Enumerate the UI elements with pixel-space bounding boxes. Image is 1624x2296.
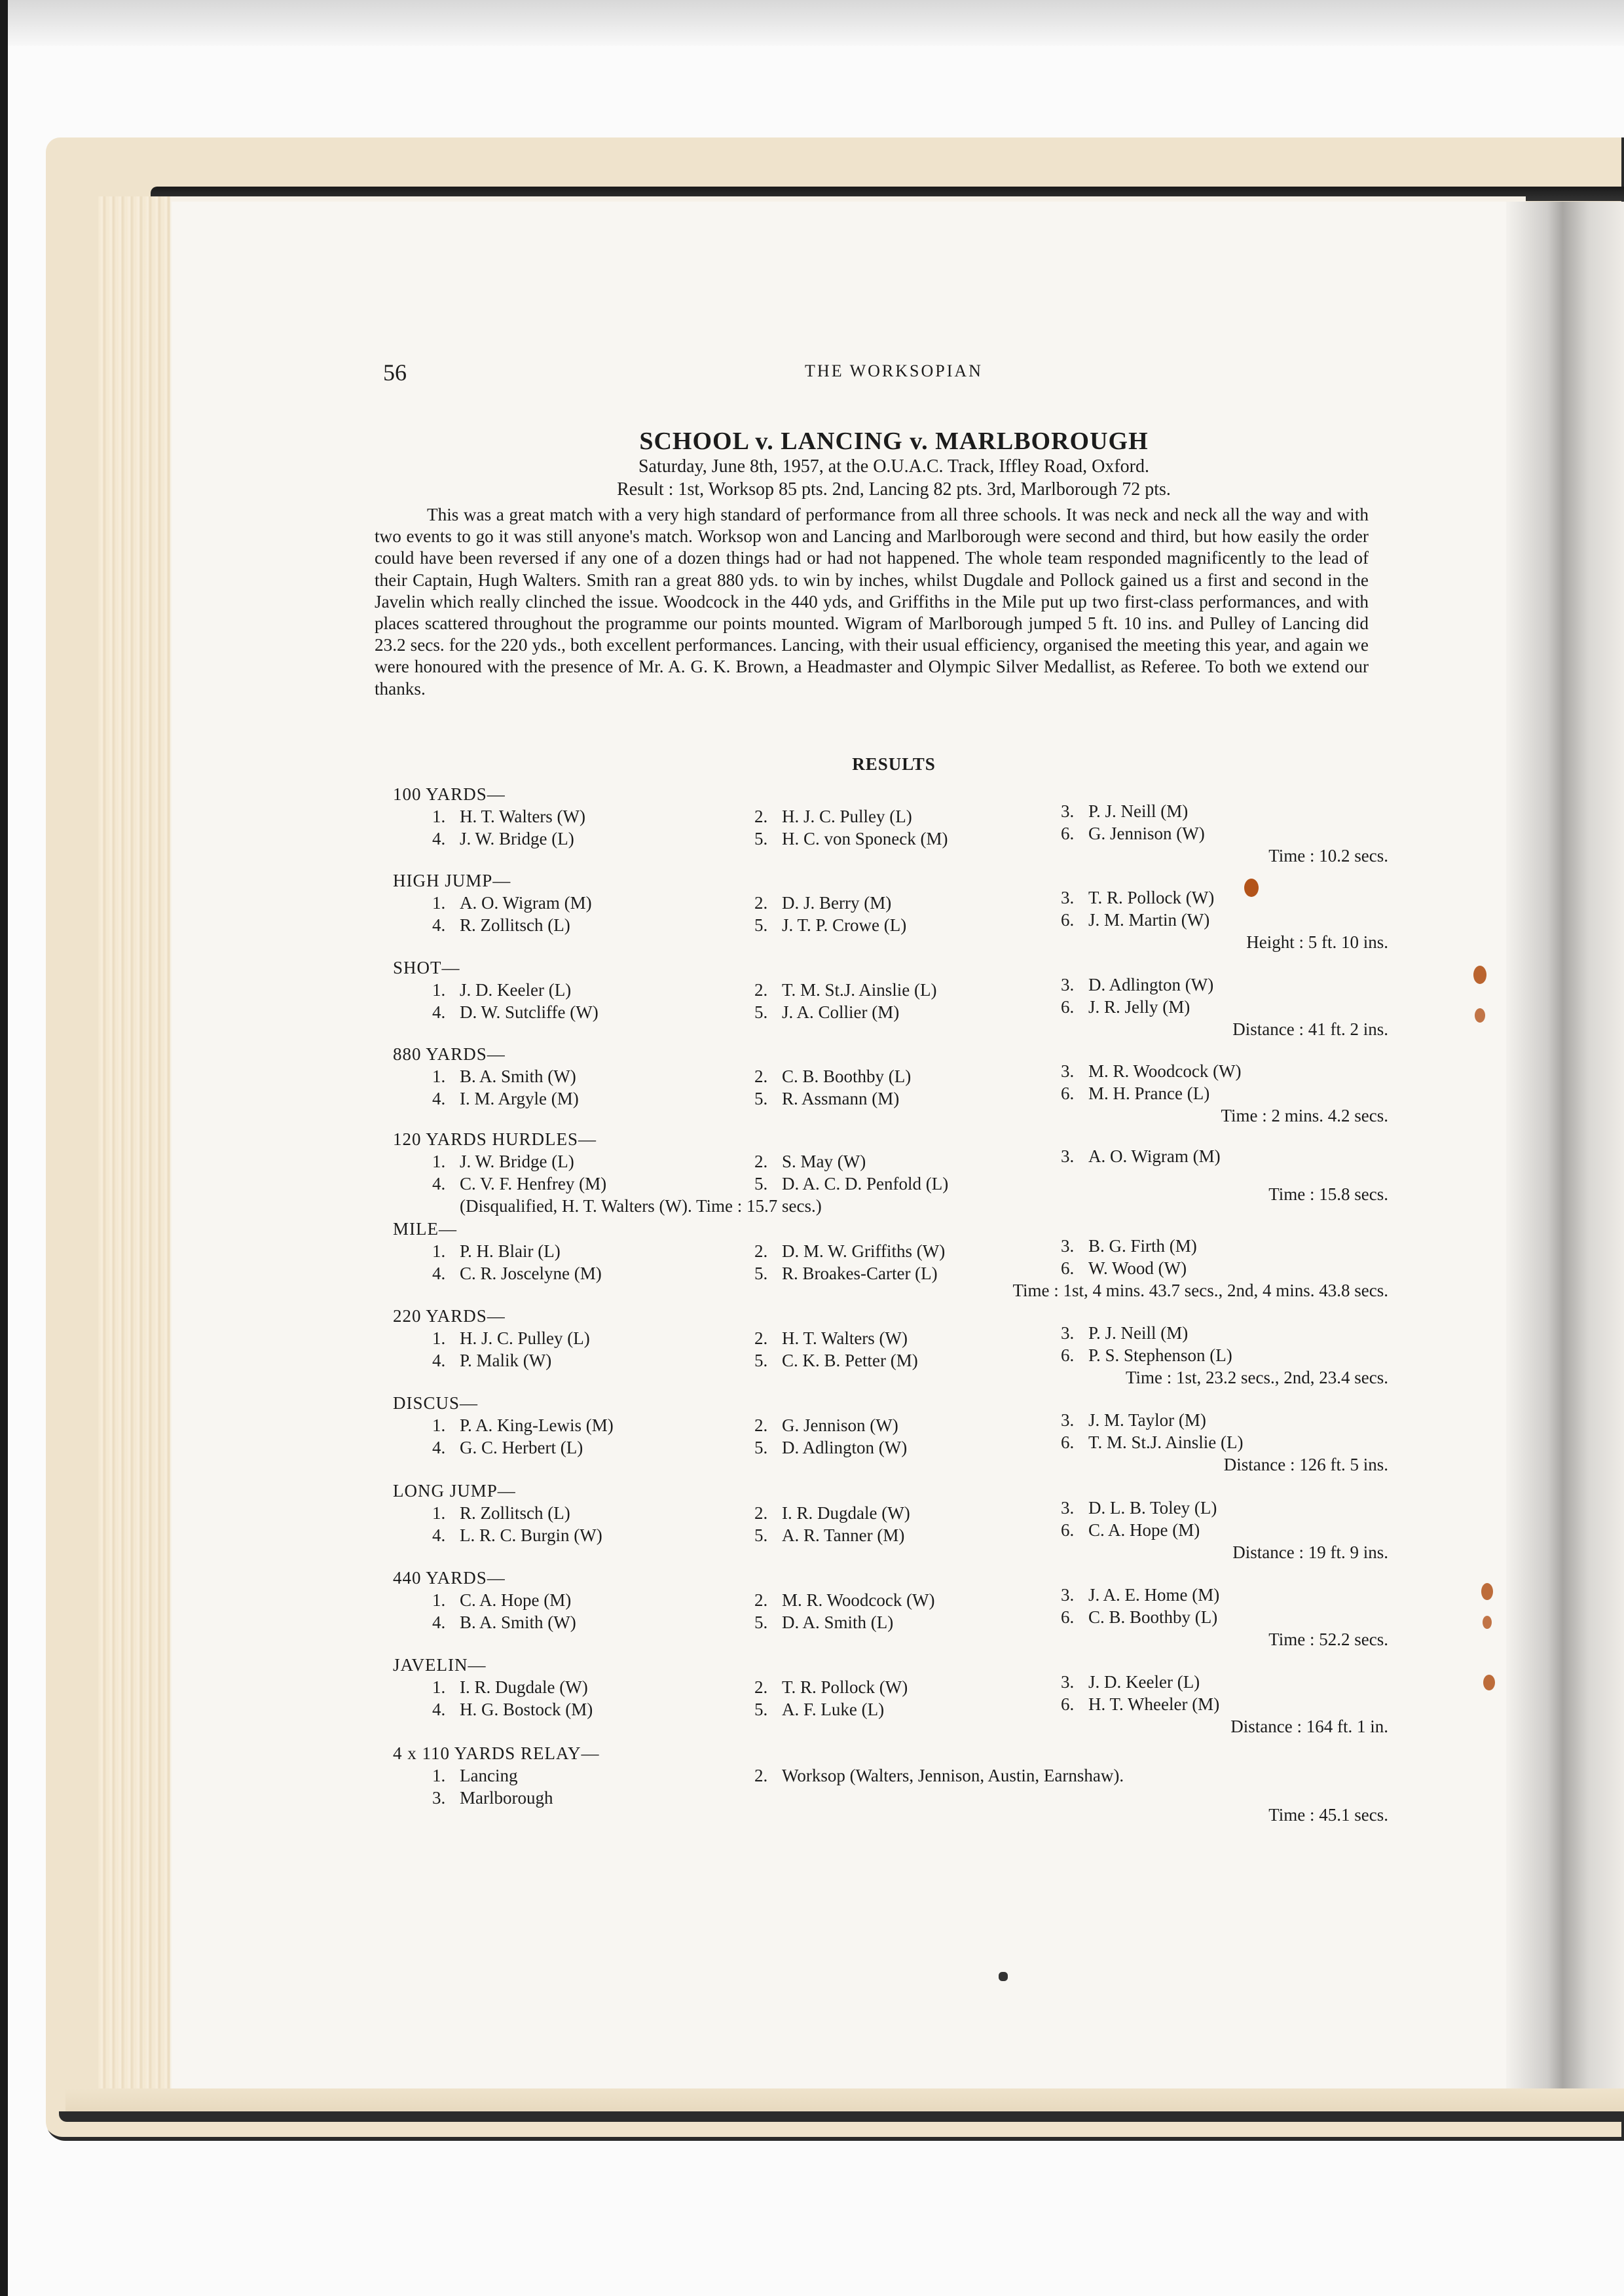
event-block: 100 YARDS—1.H. T. Walters (W)4.J. W. Bri… — [393, 784, 1388, 876]
place-entry: 4.D. W. Sutcliffe (W) — [432, 1002, 599, 1023]
athlete-name: C. B. Boothby (L) — [1088, 1607, 1217, 1627]
place-entry: 1.J. D. Keeler (L) — [432, 980, 571, 1000]
place-number: 6. — [1061, 1345, 1088, 1366]
place-entry: 3.J. A. E. Home (M) — [1061, 1585, 1219, 1605]
place-entry: 1.R. Zollitsch (L) — [432, 1503, 570, 1523]
place-entry: 3.M. R. Woodcock (W) — [1061, 1061, 1242, 1082]
event-name: HIGH JUMP— — [393, 871, 511, 891]
athlete-name: P. J. Neill (M) — [1088, 1323, 1188, 1343]
athlete-name: C. V. F. Henfrey (M) — [460, 1174, 606, 1194]
place-number: 4. — [432, 1351, 460, 1371]
place-number: 2. — [754, 1066, 782, 1087]
athlete-name: J. D. Keeler (L) — [1088, 1672, 1200, 1692]
athlete-name: H. T. Wheeler (M) — [1088, 1694, 1219, 1714]
place-number: 4. — [432, 1002, 460, 1023]
place-entry: 3.J. M. Taylor (M) — [1061, 1410, 1206, 1430]
athlete-name: H. C. von Sponeck (M) — [782, 829, 948, 848]
event-block: MILE—1.P. H. Blair (L)4.C. R. Joscelyne … — [393, 1219, 1388, 1311]
place-number: 1. — [432, 893, 460, 913]
athlete-name: A. R. Tanner (M) — [782, 1525, 904, 1545]
place-entry: 1.J. W. Bridge (L) — [432, 1152, 574, 1172]
place-number: 2. — [754, 980, 782, 1000]
place-entry: 3.T. R. Pollock (W) — [1061, 888, 1214, 908]
athlete-name: J. W. Bridge (L) — [460, 829, 574, 848]
athlete-name: B. A. Smith (W) — [460, 1066, 576, 1086]
place-number: 4. — [432, 829, 460, 849]
place-entry: 2.G. Jennison (W) — [754, 1415, 898, 1436]
athlete-name: Lancing — [460, 1766, 517, 1785]
athlete-name: M. R. Woodcock (W) — [1088, 1061, 1242, 1081]
place-number: 3. — [1061, 1236, 1088, 1256]
event-block: 880 YARDS—1.B. A. Smith (W)4.I. M. Argyl… — [393, 1044, 1388, 1136]
place-number: 5. — [754, 1613, 782, 1633]
athlete-name: C. B. Boothby (L) — [782, 1066, 911, 1086]
place-number: 1. — [432, 1766, 460, 1786]
performance: Distance : 41 ft. 2 ins. — [1232, 1019, 1388, 1040]
place-entry: 3.J. D. Keeler (L) — [1061, 1672, 1200, 1692]
place-entry: 4.R. Zollitsch (L) — [432, 915, 570, 936]
place-number: 5. — [754, 1525, 782, 1546]
place-entry: 5.D. A. C. D. Penfold (L) — [754, 1174, 948, 1194]
place-entry: 4.J. W. Bridge (L) — [432, 829, 574, 849]
place-entry: 6.T. M. St.J. Ainslie (L) — [1061, 1432, 1244, 1453]
place-number: 3. — [1061, 888, 1088, 908]
event-name: 440 YARDS— — [393, 1568, 506, 1588]
place-number: 5. — [754, 915, 782, 936]
athlete-name: D. A. Smith (L) — [782, 1613, 893, 1632]
place-entry: 6.P. S. Stephenson (L) — [1061, 1345, 1232, 1366]
place-entry: 1.B. A. Smith (W) — [432, 1066, 576, 1087]
place-entry: 2.D. J. Berry (M) — [754, 893, 891, 913]
place-number: 3. — [1061, 1323, 1088, 1343]
place-entry: 2.C. B. Boothby (L) — [754, 1066, 911, 1087]
place-number: 4. — [432, 1525, 460, 1546]
place-number: 5. — [754, 1089, 782, 1109]
place-entry: 3.P. J. Neill (M) — [1061, 801, 1188, 822]
place-number: 5. — [754, 1700, 782, 1720]
article-title: SCHOOL v. LANCING v. MARLBOROUGH — [383, 427, 1405, 456]
place-entry: 1.I. R. Dugdale (W) — [432, 1677, 588, 1698]
athlete-name: J. T. P. Crowe (L) — [782, 915, 906, 935]
journal-title: THE WORKSOPIAN — [383, 361, 1405, 381]
place-number: 2. — [754, 1503, 782, 1523]
athlete-name: D. Adlington (W) — [782, 1438, 907, 1457]
place-entry: 3.Marlborough — [432, 1788, 553, 1808]
place-entry: 4.H. G. Bostock (M) — [432, 1700, 593, 1720]
athlete-name: G. Jennison (W) — [782, 1415, 898, 1435]
athlete-name: T. R. Pollock (W) — [782, 1677, 908, 1697]
place-number: 4. — [432, 1438, 460, 1458]
place-number: 3. — [1061, 1672, 1088, 1692]
place-entry: 1.P. A. King-Lewis (M) — [432, 1415, 614, 1436]
place-entry: 5.J. T. P. Crowe (L) — [754, 915, 906, 936]
place-entry: 5.J. A. Collier (M) — [754, 1002, 899, 1023]
event-name: SHOT— — [393, 958, 460, 978]
place-number: 1. — [432, 1503, 460, 1523]
athlete-name: J. D. Keeler (L) — [460, 980, 571, 1000]
athlete-name: M. R. Woodcock (W) — [782, 1590, 935, 1610]
athlete-name: H. J. C. Pulley (L) — [782, 807, 912, 826]
place-entry: 4.I. M. Argyle (M) — [432, 1089, 579, 1109]
event-name: LONG JUMP— — [393, 1481, 516, 1501]
athlete-name: P. A. King-Lewis (M) — [460, 1415, 614, 1435]
place-entry: 6.G. Jennison (W) — [1061, 824, 1205, 844]
place-number: 1. — [432, 1590, 460, 1611]
athlete-name: H. T. Walters (W) — [782, 1328, 908, 1348]
event-block: LONG JUMP—1.R. Zollitsch (L)4.L. R. C. B… — [393, 1481, 1388, 1573]
date-venue: Saturday, June 8th, 1957, at the O.U.A.C… — [383, 456, 1405, 477]
performance: Time : 45.1 secs. — [1268, 1805, 1388, 1825]
place-number: 6. — [1061, 1520, 1088, 1540]
athlete-name: Worksop (Walters, Jennison, Austin, Earn… — [782, 1766, 1124, 1785]
athlete-name: T. M. St.J. Ainslie (L) — [782, 980, 937, 1000]
place-entry: 3.D. L. B. Toley (L) — [1061, 1498, 1217, 1518]
place-number: 1. — [432, 807, 460, 827]
event-note: (Disqualified, H. T. Walters (W). Time :… — [460, 1196, 822, 1216]
performance: Time : 2 mins. 4.2 secs. — [1221, 1106, 1388, 1126]
athlete-name: I. R. Dugdale (W) — [460, 1677, 588, 1697]
athlete-name: M. H. Prance (L) — [1088, 1084, 1209, 1103]
running-head: 56 THE WORKSOPIAN — [383, 359, 1405, 392]
athlete-name: R. Broakes-Carter (L) — [782, 1264, 938, 1283]
place-entry: 1.Lancing — [432, 1766, 517, 1786]
place-number: 2. — [754, 1241, 782, 1262]
athlete-name: A. F. Luke (L) — [782, 1700, 884, 1719]
athlete-name: B. G. Firth (M) — [1088, 1236, 1197, 1256]
page-content: 56 THE WORKSOPIAN SCHOOL v. LANCING v. M… — [0, 0, 1624, 2296]
athlete-name: D. M. W. Griffiths (W) — [782, 1241, 945, 1261]
event-name: 100 YARDS— — [393, 784, 506, 805]
athlete-name: P. J. Neill (M) — [1088, 801, 1188, 821]
place-entry: 2.I. R. Dugdale (W) — [754, 1503, 910, 1523]
place-number: 2. — [754, 807, 782, 827]
place-entry: 4.C. V. F. Henfrey (M) — [432, 1174, 606, 1194]
athlete-name: T. R. Pollock (W) — [1088, 888, 1214, 907]
performance: Distance : 164 ft. 1 in. — [1230, 1717, 1388, 1737]
performance: Time : 1st, 23.2 secs., 2nd, 23.4 secs. — [1126, 1368, 1388, 1388]
place-entry: 6.W. Wood (W) — [1061, 1258, 1187, 1279]
place-number: 6. — [1061, 1432, 1088, 1453]
place-entry: 6.C. A. Hope (M) — [1061, 1520, 1200, 1540]
athlete-name: D. A. C. D. Penfold (L) — [782, 1174, 948, 1194]
place-number: 3. — [1061, 801, 1088, 822]
athlete-name: P. Malik (W) — [460, 1351, 551, 1370]
place-number: 4. — [432, 1174, 460, 1194]
place-number: 5. — [754, 1351, 782, 1371]
athlete-name: J. W. Bridge (L) — [460, 1152, 574, 1171]
place-entry: 3.A. O. Wigram (M) — [1061, 1146, 1221, 1167]
athlete-name: R. Zollitsch (L) — [460, 1503, 570, 1523]
athlete-name: T. M. St.J. Ainslie (L) — [1088, 1432, 1244, 1452]
place-entry: 6.J. R. Jelly (M) — [1061, 997, 1190, 1017]
place-number: 1. — [432, 1152, 460, 1172]
place-entry: 1.P. H. Blair (L) — [432, 1241, 561, 1262]
athlete-name: D. Adlington (W) — [1088, 975, 1213, 994]
athlete-name: Marlborough — [460, 1788, 553, 1808]
athlete-name: J. M. Taylor (M) — [1088, 1410, 1206, 1430]
place-number: 2. — [754, 1677, 782, 1698]
performance: Height : 5 ft. 10 ins. — [1246, 932, 1388, 953]
place-entry: 4.B. A. Smith (W) — [432, 1613, 576, 1633]
place-entry: 2.M. R. Woodcock (W) — [754, 1590, 935, 1611]
event-name: 880 YARDS— — [393, 1044, 506, 1065]
athlete-name: S. May (W) — [782, 1152, 866, 1171]
athlete-name: G. C. Herbert (L) — [460, 1438, 583, 1457]
place-entry: 5.R. Assmann (M) — [754, 1089, 899, 1109]
athlete-name: D. L. B. Toley (L) — [1088, 1498, 1217, 1518]
event-name: 4 x 110 YARDS RELAY— — [393, 1743, 600, 1764]
performance: Time : 52.2 secs. — [1268, 1630, 1388, 1650]
athlete-name: P. S. Stephenson (L) — [1088, 1345, 1232, 1365]
place-number: 3. — [1061, 1585, 1088, 1605]
place-entry: 2.Worksop (Walters, Jennison, Austin, Ea… — [754, 1766, 1124, 1786]
athlete-name: J. A. Collier (M) — [782, 1002, 899, 1022]
place-entry: 6.H. T. Wheeler (M) — [1061, 1694, 1219, 1715]
result-line: Result : 1st, Worksop 85 pts. 2nd, Lanci… — [383, 479, 1405, 500]
place-number: 2. — [754, 1590, 782, 1611]
athlete-name: C. R. Joscelyne (M) — [460, 1264, 602, 1283]
athlete-name: A. O. Wigram (M) — [1088, 1146, 1221, 1166]
article-body: This was a great match with a very high … — [375, 504, 1369, 700]
place-number: 2. — [754, 1328, 782, 1349]
place-number: 6. — [1061, 1694, 1088, 1715]
place-entry: 4.G. C. Herbert (L) — [432, 1438, 583, 1458]
place-entry: 6.C. B. Boothby (L) — [1061, 1607, 1217, 1628]
athlete-name: J. R. Jelly (M) — [1088, 997, 1190, 1017]
athlete-name: C. A. Hope (M) — [1088, 1520, 1200, 1540]
place-entry: 5.C. K. B. Petter (M) — [754, 1351, 918, 1371]
performance: Distance : 19 ft. 9 ins. — [1232, 1542, 1388, 1563]
athlete-name: I. R. Dugdale (W) — [782, 1503, 910, 1523]
event-name: DISCUS— — [393, 1393, 478, 1413]
athlete-name: I. M. Argyle (M) — [460, 1089, 579, 1108]
place-number: 4. — [432, 1613, 460, 1633]
athlete-name: H. G. Bostock (M) — [460, 1700, 593, 1719]
place-entry: 1.H. J. C. Pulley (L) — [432, 1328, 590, 1349]
event-block: 120 YARDS HURDLES—1.J. W. Bridge (L)4.C.… — [393, 1129, 1388, 1221]
place-entry: 5.H. C. von Sponeck (M) — [754, 829, 948, 849]
place-number: 6. — [1061, 824, 1088, 844]
event-name: 220 YARDS— — [393, 1306, 506, 1326]
place-entry: 2.T. R. Pollock (W) — [754, 1677, 908, 1698]
event-block: 440 YARDS—1.C. A. Hope (M)4.B. A. Smith … — [393, 1568, 1388, 1660]
event-name: MILE— — [393, 1219, 457, 1239]
place-entry: 3.B. G. Firth (M) — [1061, 1236, 1197, 1256]
athlete-name: L. R. C. Burgin (W) — [460, 1525, 602, 1545]
event-name: 120 YARDS HURDLES— — [393, 1129, 597, 1150]
athlete-name: G. Jennison (W) — [1088, 824, 1205, 843]
athlete-name: B. A. Smith (W) — [460, 1613, 576, 1632]
place-number: 5. — [754, 1438, 782, 1458]
place-number: 3. — [1061, 1498, 1088, 1518]
place-number: 1. — [432, 980, 460, 1000]
place-entry: 5.A. R. Tanner (M) — [754, 1525, 904, 1546]
place-number: 5. — [754, 1264, 782, 1284]
place-entry: 6.J. M. Martin (W) — [1061, 910, 1209, 930]
event-block: SHOT—1.J. D. Keeler (L)4.D. W. Sutcliffe… — [393, 958, 1388, 1049]
athlete-name: P. H. Blair (L) — [460, 1241, 561, 1261]
performance: Time : 1st, 4 mins. 43.7 secs., 2nd, 4 m… — [1012, 1281, 1388, 1301]
athlete-name: C. K. B. Petter (M) — [782, 1351, 918, 1370]
place-number: 4. — [432, 1264, 460, 1284]
performance: Time : 15.8 secs. — [1268, 1184, 1388, 1205]
place-number: 1. — [432, 1066, 460, 1087]
place-number: 3. — [1061, 1410, 1088, 1430]
place-entry: 5.A. F. Luke (L) — [754, 1700, 884, 1720]
place-number: 3. — [1061, 975, 1088, 995]
athlete-name: A. O. Wigram (M) — [460, 893, 592, 913]
place-entry: 5.D. Adlington (W) — [754, 1438, 907, 1458]
results-heading: RESULTS — [383, 754, 1405, 774]
place-entry: 2.S. May (W) — [754, 1152, 866, 1172]
place-entry: 4.L. R. C. Burgin (W) — [432, 1525, 602, 1546]
place-entry: 1.C. A. Hope (M) — [432, 1590, 571, 1611]
place-number: 2. — [754, 1766, 782, 1786]
place-number: 6. — [1061, 1084, 1088, 1104]
place-entry: 2.H. J. C. Pulley (L) — [754, 807, 912, 827]
athlete-name: D. W. Sutcliffe (W) — [460, 1002, 599, 1022]
place-number: 1. — [432, 1415, 460, 1436]
place-number: 1. — [432, 1328, 460, 1349]
athlete-name: W. Wood (W) — [1088, 1258, 1187, 1278]
place-number: 4. — [432, 1700, 460, 1720]
place-number: 5. — [754, 1002, 782, 1023]
athlete-name: R. Zollitsch (L) — [460, 915, 570, 935]
athlete-name: H. T. Walters (W) — [460, 807, 585, 826]
place-entry: 3.D. Adlington (W) — [1061, 975, 1213, 995]
event-name: JAVELIN— — [393, 1655, 487, 1675]
place-number: 6. — [1061, 910, 1088, 930]
place-number: 6. — [1061, 997, 1088, 1017]
athlete-name: J. M. Martin (W) — [1088, 910, 1209, 930]
place-number: 4. — [432, 1089, 460, 1109]
place-entry: 4.C. R. Joscelyne (M) — [432, 1264, 602, 1284]
performance: Distance : 126 ft. 5 ins. — [1224, 1455, 1388, 1475]
place-entry: 2.T. M. St.J. Ainslie (L) — [754, 980, 937, 1000]
place-number: 3. — [1061, 1061, 1088, 1082]
place-entry: 6.M. H. Prance (L) — [1061, 1084, 1209, 1104]
athlete-name: H. J. C. Pulley (L) — [460, 1328, 590, 1348]
event-block: JAVELIN—1.I. R. Dugdale (W)4.H. G. Bosto… — [393, 1655, 1388, 1747]
place-number: 6. — [1061, 1258, 1088, 1279]
athlete-name: D. J. Berry (M) — [782, 893, 891, 913]
place-entry: 1.H. T. Walters (W) — [432, 807, 585, 827]
place-entry: 5.D. A. Smith (L) — [754, 1613, 893, 1633]
place-number: 2. — [754, 893, 782, 913]
place-number: 3. — [432, 1788, 460, 1808]
place-number: 3. — [1061, 1146, 1088, 1167]
place-number: 2. — [754, 1152, 782, 1172]
place-number: 5. — [754, 1174, 782, 1194]
event-block: HIGH JUMP—1.A. O. Wigram (M)4.R. Zollits… — [393, 871, 1388, 962]
place-entry: 4.P. Malik (W) — [432, 1351, 551, 1371]
place-number: 1. — [432, 1677, 460, 1698]
place-number: 1. — [432, 1241, 460, 1262]
place-entry: 2.D. M. W. Griffiths (W) — [754, 1241, 945, 1262]
place-number: 6. — [1061, 1607, 1088, 1628]
event-block: DISCUS—1.P. A. King-Lewis (M)4.G. C. Her… — [393, 1393, 1388, 1485]
event-block: 4 x 110 YARDS RELAY—1.Lancing3.Marlborou… — [393, 1743, 1388, 1835]
place-number: 5. — [754, 829, 782, 849]
place-entry: 1.A. O. Wigram (M) — [432, 893, 592, 913]
performance: Time : 10.2 secs. — [1268, 846, 1388, 866]
athlete-name: R. Assmann (M) — [782, 1089, 899, 1108]
place-entry: 3.P. J. Neill (M) — [1061, 1323, 1188, 1343]
place-entry: 5.R. Broakes-Carter (L) — [754, 1264, 938, 1284]
event-block: 220 YARDS—1.H. J. C. Pulley (L)4.P. Mali… — [393, 1306, 1388, 1398]
place-number: 4. — [432, 915, 460, 936]
place-entry: 2.H. T. Walters (W) — [754, 1328, 908, 1349]
place-number: 2. — [754, 1415, 782, 1436]
athlete-name: C. A. Hope (M) — [460, 1590, 571, 1610]
athlete-name: J. A. E. Home (M) — [1088, 1585, 1219, 1605]
